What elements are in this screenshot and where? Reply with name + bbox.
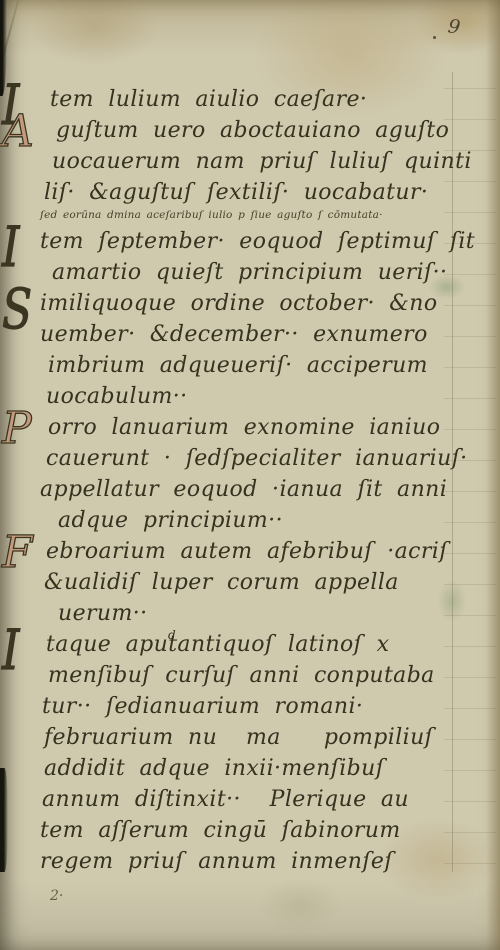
illuminated-initial: A [2, 110, 34, 154]
manuscript-line: appellatur eoquod ·ianua ſit anni [40, 474, 480, 505]
manuscript-line: addidit adque inxii·menſibuſ [40, 753, 480, 784]
line-text: addidit adque inxii·menſibuſ [44, 756, 384, 781]
line-text: uember· &december·· exnumero [40, 322, 428, 347]
line-text: uocabulum·· [46, 384, 188, 409]
illuminated-initial: F [2, 531, 33, 575]
line-text: tem lulium aiulio caeſare· [50, 87, 367, 112]
line-text: uerum·· [58, 601, 148, 626]
line-text: cauerunt · ſedſpecialiter ianuariuſ· [46, 446, 468, 471]
line-text: tur·· ſedianuarium romani· [42, 694, 363, 719]
manuscript-line: Item ſeptember· eoquod ſeptimuſ ſit [40, 226, 480, 257]
illuminated-initial: I [2, 221, 20, 276]
line-text: februarium nu ma pompiliuſ [44, 725, 433, 750]
line-text: tem ſeptember· eoquod ſeptimuſ ſit [40, 229, 475, 254]
manuscript-line: Similiquoque ordine october· &no [40, 288, 480, 319]
manuscript-page: 9 Item lulium aiulio caeſare·Aguſtum uer… [0, 0, 500, 950]
line-text: amartio quieſt principium ueriſ·· [52, 260, 447, 285]
line-text: liſ· &aguſtuſ ſextiliſ· uocabatur· [44, 180, 428, 205]
line-text: orro lanuarium exnomine ianiuo [48, 415, 440, 440]
manuscript-line: amartio quieſt principium ueriſ·· [40, 257, 480, 288]
line-text: &ualidiſ luper corum appella [44, 570, 399, 595]
manuscript-line: tem aſſerum cingū ſabinorum [40, 815, 480, 846]
manuscript-line: menſibuſ curſuſ anni conputaba [40, 660, 480, 691]
manuscript-line: annum diſtinxit·· Plerique au [40, 784, 480, 815]
quire-mark: 2· [50, 888, 63, 904]
superscript-correction: d [168, 620, 176, 651]
manuscript-line: uerum·· [40, 598, 480, 629]
manuscript-line: Aguſtum uero aboctauiano aguſto [40, 115, 480, 146]
manuscript-line: uocabulum·· [40, 381, 480, 412]
manuscript-line: Porro lanuarium exnomine ianiuo [40, 412, 480, 443]
line-text: appellatur eoquod ·ianua ſit anni [40, 477, 447, 502]
manuscript-line: tur·· ſedianuarium romani· [40, 691, 480, 722]
page-edge-right [486, 0, 500, 950]
interlinear-gloss: ſed eorūna dmina aceſaribuſ iulio p ſiue… [40, 208, 480, 226]
line-text: imiliquoque ordine october· &no [40, 291, 438, 316]
manuscript-line: Item lulium aiulio caeſare· [40, 84, 480, 115]
line-text: tem aſſerum cingū ſabinorum [40, 818, 401, 843]
line-text: ſed eorūna dmina aceſaribuſ iulio p ſiue… [40, 209, 383, 221]
line-text: ebroarium autem afebribuſ ·acriſ [46, 539, 448, 564]
line-text: adque principium·· [58, 508, 283, 533]
manuscript-line: cauerunt · ſedſpecialiter ianuariuſ· [40, 443, 480, 474]
illuminated-initial: I [2, 624, 20, 679]
manuscript-line: adque principium·· [40, 505, 480, 536]
illuminated-initial: S [2, 283, 33, 338]
manuscript-line: liſ· &aguſtuſ ſextiliſ· uocabatur· [40, 177, 480, 208]
line-text: menſibuſ curſuſ anni conputaba [48, 663, 435, 688]
manuscript-line: Febroarium autem afebribuſ ·acriſ [40, 536, 480, 567]
line-text: imbrium adqueueriſ· acciperum [48, 353, 428, 378]
manuscript-line: uocauerum nam priuſ luliuſ quinti [40, 146, 480, 177]
line-text: annum diſtinxit·· Plerique au [42, 787, 409, 812]
manuscript-line: imbrium adqueueriſ· acciperum [40, 350, 480, 381]
manuscript-line: &ualidiſ luper corum appella [40, 567, 480, 598]
folio-number: 9 [447, 15, 462, 38]
manuscript-line: uember· &december·· exnumero [40, 319, 480, 350]
line-text: taque aputantiquoſ latinoſ x [46, 632, 389, 657]
illuminated-initial: P [2, 407, 32, 451]
manuscript-line: Itaque aputantiquoſ latinoſ xd [40, 629, 480, 660]
line-text: guſtum uero aboctauiano aguſto [56, 118, 449, 143]
line-text: uocauerum nam priuſ luliuſ quinti [52, 149, 472, 174]
manuscript-line: regem priuſ annum inmenſeſ [40, 846, 480, 877]
line-text: regem priuſ annum inmenſeſ [40, 849, 393, 874]
text-block: Item lulium aiulio caeſare·Aguſtum uero … [40, 84, 480, 877]
ink-dot [433, 36, 436, 39]
manuscript-line: februarium nu ma pompiliuſ [40, 722, 480, 753]
binding-edge-bottom [0, 768, 8, 872]
